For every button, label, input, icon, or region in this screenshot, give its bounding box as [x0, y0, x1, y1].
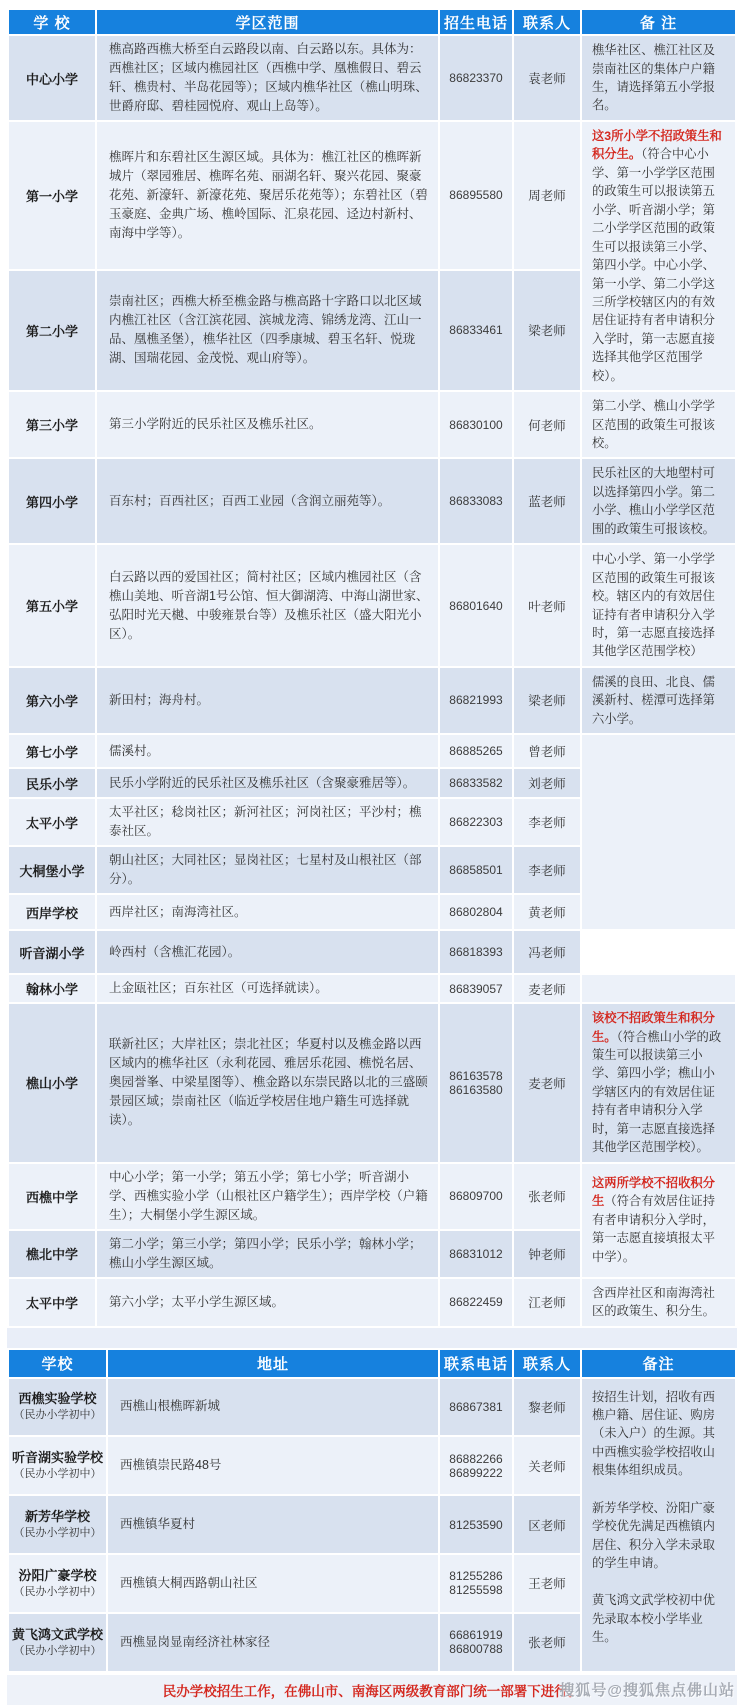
contact-cell: 区老师 — [514, 1496, 580, 1553]
school-name: 汾阳广豪学校 — [10, 1567, 105, 1585]
phone-cell: 8616357886163580 — [440, 1004, 512, 1162]
school-name-cell: 樵北中学 — [9, 1231, 95, 1277]
school-name-cell: 听音湖实验学校（民办小学初中） — [9, 1437, 106, 1494]
remark-cell: 樵华社区、樵江社区及崇南社区的集体户户籍生，请选择第五小学报名。 — [582, 36, 735, 120]
phone-cell: 86885265 — [440, 735, 512, 767]
district-range-cell: 百东村；百西社区；百西工业园（含润立丽苑等）。 — [97, 459, 438, 543]
district-range-cell: 太平社区；稔岗社区；新河社区；河岗社区；平沙村；樵泰社区。 — [97, 799, 438, 845]
district-range-cell: 朝山社区；大同社区；显岗社区；七星村及山根社区（部分）。 — [97, 847, 438, 893]
contact-cell: 王老师 — [514, 1555, 580, 1612]
remark-cell: 第二小学、樵山小学学区范围的政策生可报该校。 — [582, 392, 735, 457]
contact-cell: 李老师 — [514, 799, 580, 845]
header-school: 学校 — [9, 1350, 106, 1377]
contact-cell: 江老师 — [514, 1279, 580, 1326]
contact-cell: 何老师 — [514, 392, 580, 457]
school-name: 新芳华学校 — [10, 1508, 105, 1526]
address-cell: 西樵山根樵晖新城 — [108, 1379, 438, 1436]
district-range-cell: 中心小学；第一小学；第五小学；第七小学；听音湖小学、西樵实验小学（山根社区户籍学… — [97, 1164, 438, 1229]
phone-cell: 86839057 — [440, 975, 512, 1002]
phone-cell: 6686191986800788 — [440, 1614, 512, 1671]
table-row: 第五小学 白云路以西的爱国社区；简村社区；区域内樵园社区（含樵山美地、听音湖1号… — [9, 545, 735, 666]
remark-cell-empty — [582, 735, 735, 929]
remark-cell: 含西岸社区和南海湾社区的政策生、积分生。 — [582, 1279, 735, 1326]
school-name-cell: 大桐堡小学 — [9, 847, 95, 893]
remark-paragraph: 新芳华学校、汾阳广豪学校优先满足西樵镇内居住、积分入学未录取的学生申请。 — [592, 1499, 727, 1573]
phone-cell: 86867381 — [440, 1379, 512, 1436]
remark-text: （符合中心小学、第一小学学区范围的政策生可以报读第五小学、听音湖小学；第二小学学… — [592, 147, 715, 382]
remark-paragraph: 按招生计划，招收有西樵户籍、居住证、购房（未入户）的生源。其中西樵实验学校招收山… — [592, 1388, 727, 1480]
school-subtitle: （民办小学初中） — [10, 1644, 105, 1659]
district-range-cell: 樵高路西樵大桥至白云路段以南、白云路以东。具体为：西樵社区；区域内樵园社区（西樵… — [97, 36, 438, 120]
contact-cell: 张老师 — [514, 1164, 580, 1229]
table-separator-band — [7, 1328, 737, 1348]
district-range-cell: 岭西村（含樵汇花园）。 — [97, 931, 438, 973]
phone-cell: 86823370 — [440, 36, 512, 120]
phone-number-2: 86899222 — [440, 1466, 512, 1480]
address-cell: 西樵显岗显南经济社林家径 — [108, 1614, 438, 1671]
contact-cell: 梁老师 — [514, 668, 580, 733]
phone-cell: 86833461 — [440, 271, 512, 391]
phone-number: 81255286 — [440, 1569, 512, 1583]
header-contact-phone: 联系电话 — [440, 1350, 512, 1377]
school-name: 西樵实验学校 — [10, 1390, 105, 1408]
phone-cell: 86818393 — [440, 931, 512, 973]
school-name-cell: 第一小学 — [9, 122, 95, 269]
table-row: 中心小学 樵高路西樵大桥至白云路段以南、白云路以东。具体为：西樵社区；区域内樵园… — [9, 36, 735, 120]
school-subtitle: （民办小学初中） — [10, 1408, 105, 1423]
footer-notice-text: 民办学校招生工作，在佛山市、南海区两级教育部门统一部署下进行。 — [163, 1680, 582, 1700]
table-row: 听音湖小学 岭西村（含樵汇花园）。 86818393 冯老师 — [9, 931, 735, 973]
address-cell: 西樵镇崇民路48号 — [108, 1437, 438, 1494]
table-row: 第七小学 儒溪村。 86885265 曾老师 — [9, 735, 735, 767]
header-contact: 联系人 — [514, 1350, 580, 1377]
district-range-cell: 上金瓯社区；百东社区（可选择就读）。 — [97, 975, 438, 1002]
school-name-cell: 第六小学 — [9, 668, 95, 733]
school-name-cell: 翰林小学 — [9, 975, 95, 1002]
header-remark: 备 注 — [582, 10, 735, 34]
district-range-cell: 联新社区；大岸社区；崇北社区；华夏村以及樵金路以西区域内的樵华社区（永利花园、雅… — [97, 1004, 438, 1162]
district-range-cell: 樵晖片和东碧社区生源区域。具体为：樵江社区的樵晖新城片（翠园雅居、樵晖名苑、丽湖… — [97, 122, 438, 269]
contact-cell: 曾老师 — [514, 735, 580, 767]
remark-cell: 儒溪的良田、北良、儒溪新村、槎潭可选择第六小学。 — [582, 668, 735, 733]
remark-cell: 该校不招政策生和积分生。（符合樵山小学的政策生可以报读第三小学、第四小学；樵山小… — [582, 1004, 735, 1162]
school-name-cell: 第二小学 — [9, 271, 95, 391]
school-name-cell: 第三小学 — [9, 392, 95, 457]
table-row: 第六小学 新田村；海舟村。 86821993 梁老师 儒溪的良田、北良、儒溪新村… — [9, 668, 735, 733]
table-row: 第一小学 樵晖片和东碧社区生源区域。具体为：樵江社区的樵晖新城片（翠园雅居、樵晖… — [9, 122, 735, 269]
contact-cell: 麦老师 — [514, 1004, 580, 1162]
school-name-cell: 太平中学 — [9, 1279, 95, 1326]
contact-cell: 黄老师 — [514, 895, 580, 929]
remark-cell-merged: 这两所学校不招收积分生（符合有效居住证持有者申请积分入学时，第一志愿直接填报太平… — [582, 1164, 735, 1277]
phone-cell: 8688226686899222 — [440, 1437, 512, 1494]
page-container: 学 校 学区范围 招生电话 联系人 备 注 中心小学 樵高路西樵大桥至白云路段以… — [0, 0, 740, 1705]
phone-cell: 86822303 — [440, 799, 512, 845]
sohu-watermark: 搜狐号@搜狐焦点佛山站 — [559, 1679, 735, 1700]
contact-cell: 蓝老师 — [514, 459, 580, 543]
table-row: 太平中学 第六小学；太平小学生源区域。 86822459 江老师 含西岸社区和南… — [9, 1279, 735, 1326]
district-range-cell: 新田村；海舟村。 — [97, 668, 438, 733]
remark-text: （符合有效居住证持有者申请积分入学时，第一志愿直接填报太平中学）。 — [592, 1194, 715, 1263]
phone-cell: 86822459 — [440, 1279, 512, 1326]
school-name-cell: 汾阳广豪学校（民办小学初中） — [9, 1555, 106, 1612]
public-schools-table: 学 校 学区范围 招生电话 联系人 备 注 中心小学 樵高路西樵大桥至白云路段以… — [7, 8, 737, 1328]
private-schools-table: 学校 地址 联系电话 联系人 备注 西樵实验学校（民办小学初中） 西樵山根樵晖新… — [7, 1348, 737, 1673]
remark-paragraph: 黄飞鸿文武学校初中优先录取本校小学毕业生。 — [592, 1591, 727, 1646]
remark-cell: 民乐社区的大地塱村可以选择第四小学。第二小学、樵山小学学区范围的政策生可报该校。 — [582, 459, 735, 543]
district-range-cell: 西岸社区；南海湾社区。 — [97, 895, 438, 929]
contact-cell: 周老师 — [514, 122, 580, 269]
table-row: 第四小学 百东村；百西社区；百西工业园（含润立丽苑等）。 86833083 蓝老… — [9, 459, 735, 543]
school-name-cell: 西樵中学 — [9, 1164, 95, 1229]
district-range-cell: 白云路以西的爱国社区；简村社区；区域内樵园社区（含樵山美地、听音湖1号公馆、恒大… — [97, 545, 438, 666]
school-name-cell: 第五小学 — [9, 545, 95, 666]
contact-cell: 李老师 — [514, 847, 580, 893]
contact-cell: 钟老师 — [514, 1231, 580, 1277]
district-range-cell: 儒溪村。 — [97, 735, 438, 767]
district-range-cell: 民乐小学附近的民乐社区及樵乐社区（含聚豪雅居等）。 — [97, 769, 438, 797]
district-range-cell: 第三小学附近的民乐社区及樵乐社区。 — [97, 392, 438, 457]
phone-cell: 81253590 — [440, 1496, 512, 1553]
table-row: 樵山小学 联新社区；大岸社区；崇北社区；华夏村以及樵金路以西区域内的樵华社区（永… — [9, 1004, 735, 1162]
phone-cell: 86895580 — [440, 122, 512, 269]
school-name-cell: 听音湖小学 — [9, 931, 95, 973]
school-subtitle: （民办小学初中） — [10, 1467, 105, 1482]
school-name-cell: 新芳华学校（民办小学初中） — [9, 1496, 106, 1553]
phone-cell: 86821993 — [440, 668, 512, 733]
remark-cell: 中心小学、第一小学学区范围的政策生可报该校。辖区内的有效居住证持有者申请积分入学… — [582, 545, 735, 666]
phone-cell: 8125528681255598 — [440, 1555, 512, 1612]
header-contact: 联系人 — [514, 10, 580, 34]
school-name-cell: 第七小学 — [9, 735, 95, 767]
header-address: 地址 — [108, 1350, 438, 1377]
phone-cell: 86833083 — [440, 459, 512, 543]
phone-number: 86163578 — [440, 1069, 512, 1083]
header-school: 学 校 — [9, 10, 95, 34]
school-name: 听音湖实验学校 — [10, 1449, 105, 1467]
phone-cell: 86831012 — [440, 1231, 512, 1277]
phone-cell: 86801640 — [440, 545, 512, 666]
contact-cell: 冯老师 — [514, 931, 580, 973]
remark-text: （符合樵山小学的政策生可以报读第三小学、第四小学；樵山小学辖区内的有效居住证持有… — [592, 1030, 721, 1155]
contact-cell: 麦老师 — [514, 975, 580, 1002]
header-district-range: 学区范围 — [97, 10, 438, 34]
school-name-cell: 黄飞鸿文武学校（民办小学初中） — [9, 1614, 106, 1671]
phone-cell: 86830100 — [440, 392, 512, 457]
school-name-cell: 西樵实验学校（民办小学初中） — [9, 1379, 106, 1436]
school-name-cell: 太平小学 — [9, 799, 95, 845]
school-name-cell: 民乐小学 — [9, 769, 95, 797]
phone-cell: 86802804 — [440, 895, 512, 929]
district-range-cell: 第六小学；太平小学生源区域。 — [97, 1279, 438, 1326]
remark-cell-merged: 这3所小学不招政策生和积分生。（符合中心小学、第一小学学区范围的政策生可以报读第… — [582, 122, 735, 390]
table-row: 西樵中学 中心小学；第一小学；第五小学；第七小学；听音湖小学、西樵实验小学（山根… — [9, 1164, 735, 1229]
contact-cell: 黎老师 — [514, 1379, 580, 1436]
school-name: 黄飞鸿文武学校 — [10, 1626, 105, 1644]
phone-number-2: 86800788 — [440, 1642, 512, 1656]
contact-cell: 梁老师 — [514, 271, 580, 391]
school-subtitle: （民办小学初中） — [10, 1585, 105, 1600]
contact-cell: 袁老师 — [514, 36, 580, 120]
contact-cell: 关老师 — [514, 1437, 580, 1494]
phone-cell: 86833582 — [440, 769, 512, 797]
school-subtitle: （民办小学初中） — [10, 1526, 105, 1541]
phone-cell: 86809700 — [440, 1164, 512, 1229]
phone-number: 86882266 — [440, 1452, 512, 1466]
phone-number-2: 81255598 — [440, 1583, 512, 1597]
address-cell: 西樵镇华夏村 — [108, 1496, 438, 1553]
table-header-row: 学 校 学区范围 招生电话 联系人 备 注 — [9, 10, 735, 34]
table-row: 第三小学 第三小学附近的民乐社区及樵乐社区。 86830100 何老师 第二小学… — [9, 392, 735, 457]
header-enroll-phone: 招生电话 — [440, 10, 512, 34]
phone-cell: 86858501 — [440, 847, 512, 893]
remark-cell-merged: 按招生计划，招收有西樵户籍、居住证、购房（未入户）的生源。其中西樵实验学校招收山… — [582, 1379, 735, 1671]
district-range-cell: 崇南社区；西樵大桥至樵金路与樵高路十字路口以北区域内樵江社区（含江滨花园、滨城龙… — [97, 271, 438, 391]
table-header-row: 学校 地址 联系电话 联系人 备注 — [9, 1350, 735, 1377]
table-row: 西樵实验学校（民办小学初中） 西樵山根樵晖新城 86867381 黎老师 按招生… — [9, 1379, 735, 1436]
address-cell: 西樵镇大桐西路朝山社区 — [108, 1555, 438, 1612]
header-remark: 备注 — [582, 1350, 735, 1377]
phone-number-2: 86163580 — [440, 1083, 512, 1097]
contact-cell: 叶老师 — [514, 545, 580, 666]
school-name-cell: 西岸学校 — [9, 895, 95, 929]
table-row: 翰林小学 上金瓯社区；百东社区（可选择就读）。 86839057 麦老师 — [9, 975, 735, 1002]
district-range-cell: 第二小学；第三小学；第四小学；民乐小学；翰林小学；樵山小学生源区域。 — [97, 1231, 438, 1277]
phone-number: 66861919 — [440, 1628, 512, 1642]
school-name-cell: 中心小学 — [9, 36, 95, 120]
footer-band: 民办学校招生工作，在佛山市、南海区两级教育部门统一部署下进行。 搜狐号@搜狐焦点… — [7, 1675, 737, 1705]
contact-cell: 刘老师 — [514, 769, 580, 797]
remark-cell-empty — [582, 975, 735, 1002]
contact-cell: 张老师 — [514, 1614, 580, 1671]
school-name-cell: 第四小学 — [9, 459, 95, 543]
school-name-cell: 樵山小学 — [9, 1004, 95, 1162]
